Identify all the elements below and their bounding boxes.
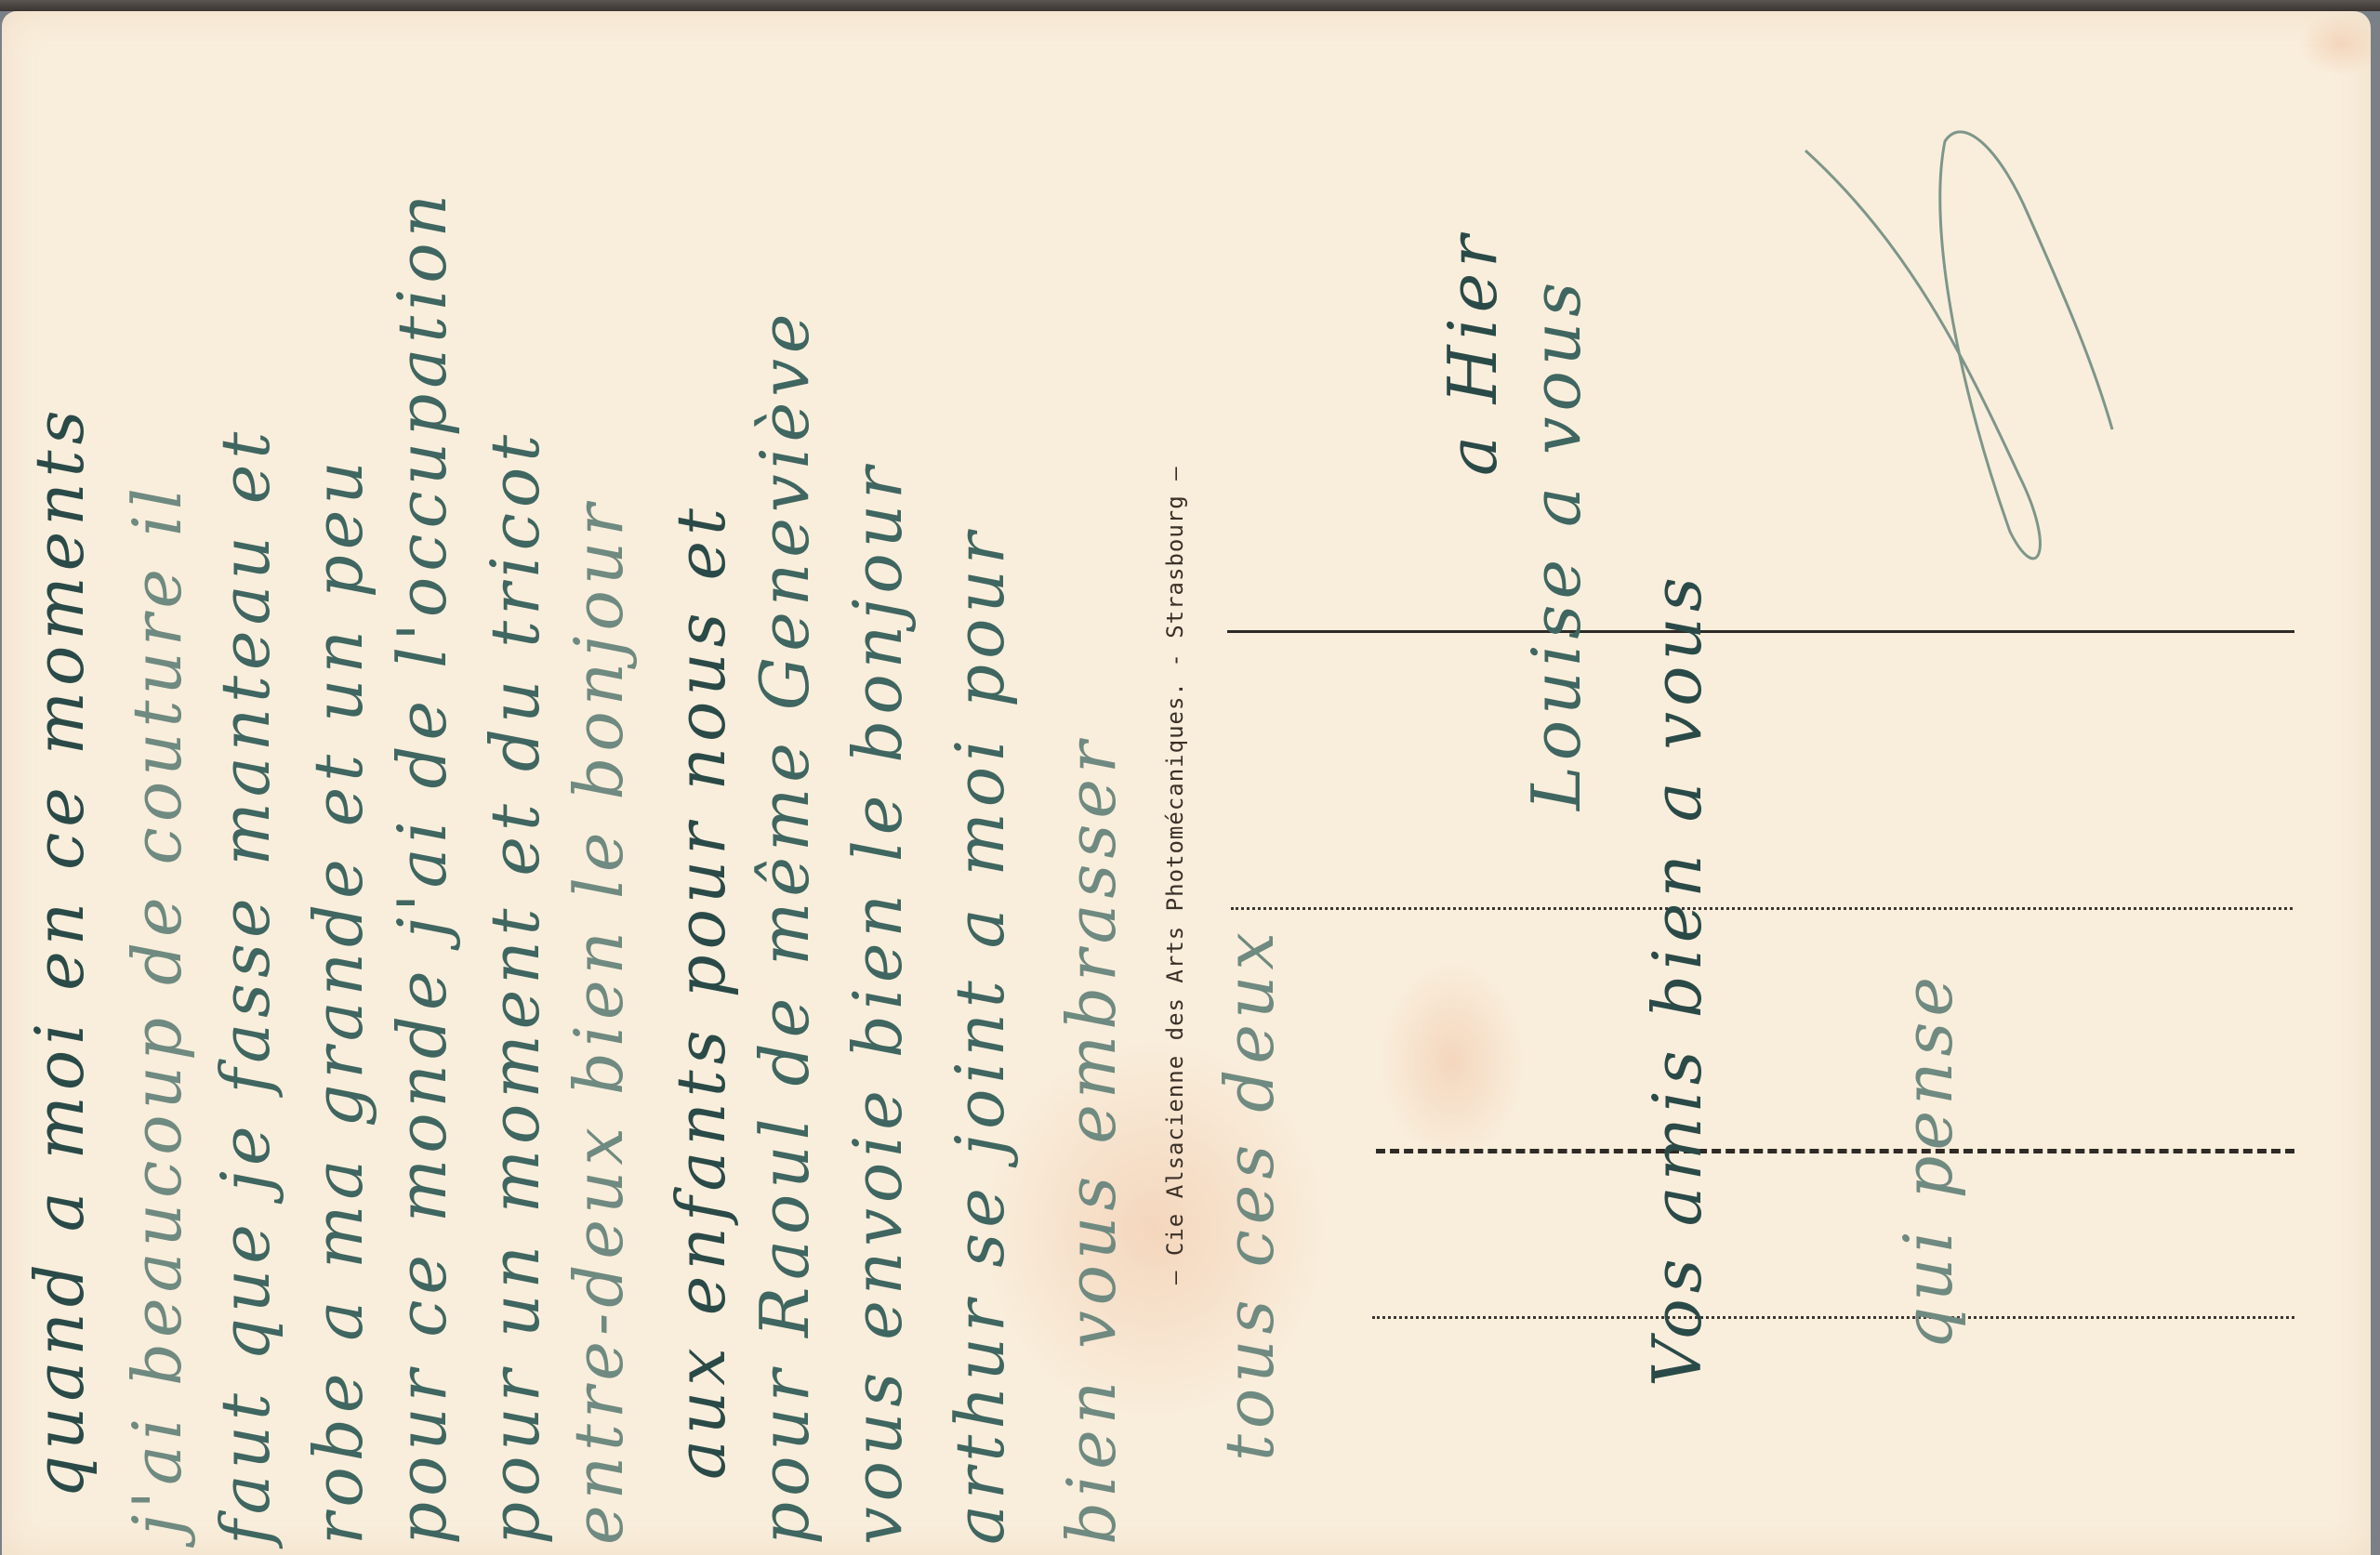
message-line: entre-deux bien le bonjour [560, 498, 638, 1545]
message-line: arthur se joint a moi pour [941, 527, 1019, 1545]
message-line: vous envoie bien le bonjour [839, 461, 917, 1545]
address-line-3 [1376, 1149, 2294, 1153]
foxing-stain [1378, 959, 1527, 1164]
address-side-line: Louise a vous [1517, 277, 1595, 810]
scan-top-edge [0, 0, 2380, 11]
message-line: pour un moment et du tricot [476, 429, 554, 1545]
foxing-stain [2298, 11, 2371, 76]
address-side-line: Vos amis bien a vous [1638, 572, 1716, 1387]
publisher-imprint: — Cie Alsacienne des Arts Photomécanique… [1162, 466, 1188, 1285]
message-line: bien vous embrasser [1052, 736, 1130, 1545]
message-line: j'ai beaucoup de couture il [118, 482, 196, 1535]
address-side-line: qui pense [1889, 971, 1967, 1350]
message-line: robe a ma grande et un peu [299, 455, 377, 1545]
address-side-line: a Hier [1434, 230, 1512, 476]
address-line-2 [1231, 907, 2293, 910]
message-line: quand a moi en ce moments [20, 404, 99, 1498]
address-line-1 [1227, 630, 2294, 633]
message-line: tous ces deux [1210, 927, 1289, 1461]
address-line-4 [1372, 1316, 2294, 1319]
signature-flourish-icon [1787, 123, 2122, 606]
postcard-back: quand a moi en ce moments j'ai beaucoup … [2, 11, 2371, 1555]
message-line: aux enfants pour nous et [662, 503, 740, 1480]
message-line: faut que je fasse manteau et [206, 427, 284, 1545]
message-line: pour Raoul de même Geneviève [746, 309, 824, 1545]
message-line: pour ce monde j'ai de l'occupation [383, 189, 461, 1545]
